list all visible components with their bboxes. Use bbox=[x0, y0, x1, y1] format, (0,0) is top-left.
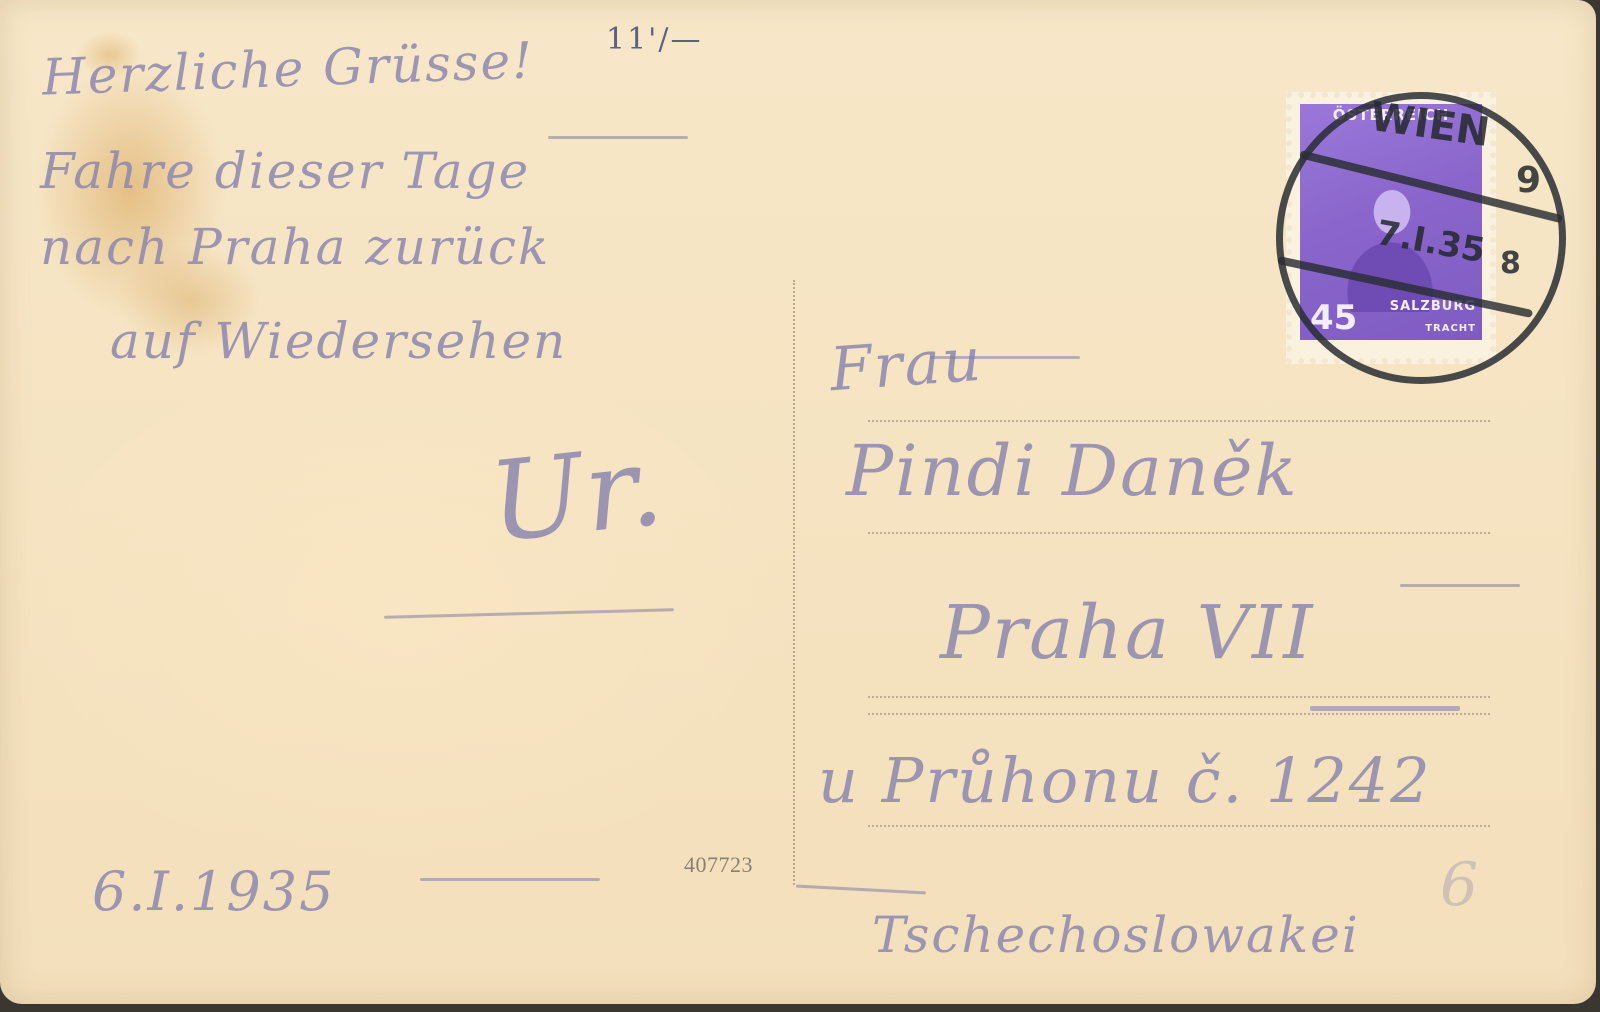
divider-foot-stroke bbox=[796, 885, 926, 895]
address-line-1 bbox=[868, 420, 1490, 422]
postcard: 11'/— Herzliche Grüsse! Fahre dieser Tag… bbox=[0, 0, 1596, 1004]
top-note: 11'/— bbox=[606, 22, 703, 57]
postmark-time: 8 bbox=[1500, 246, 1521, 281]
street-stroke bbox=[1400, 584, 1520, 587]
message-line-2: Fahre dieser Tage bbox=[40, 142, 530, 200]
postmark-office: 9 bbox=[1516, 160, 1541, 201]
date-note: 6.I.1935 bbox=[92, 860, 335, 923]
serial-number: 407723 bbox=[684, 852, 753, 878]
address-line-3 bbox=[868, 696, 1490, 698]
address-line-5 bbox=[868, 825, 1490, 827]
recipient-city: Praha VII bbox=[940, 590, 1315, 676]
salutation-stroke bbox=[930, 356, 1080, 359]
message-line-4: auf Wiedersehen bbox=[110, 312, 567, 370]
recipient-name: Pindi Daněk bbox=[846, 430, 1299, 512]
corner-note: 6 bbox=[1440, 850, 1480, 920]
center-divider bbox=[793, 280, 795, 885]
city-underline bbox=[1310, 706, 1460, 711]
signature: Ur. bbox=[484, 421, 671, 567]
recipient-country: Tschechoslowakei bbox=[872, 906, 1360, 964]
date-note-line bbox=[420, 878, 600, 881]
address-line-2 bbox=[868, 532, 1490, 534]
signature-underline bbox=[384, 608, 674, 619]
message-line-3: nach Praha zurück bbox=[40, 218, 550, 276]
message-line-2-stroke bbox=[548, 136, 688, 139]
message-line-1: Herzliche Grüsse! bbox=[41, 31, 535, 106]
address-line-4 bbox=[868, 713, 1490, 715]
recipient-salutation: Frau bbox=[828, 325, 985, 405]
recipient-street: u Průhonu č. 1242 bbox=[818, 744, 1432, 817]
